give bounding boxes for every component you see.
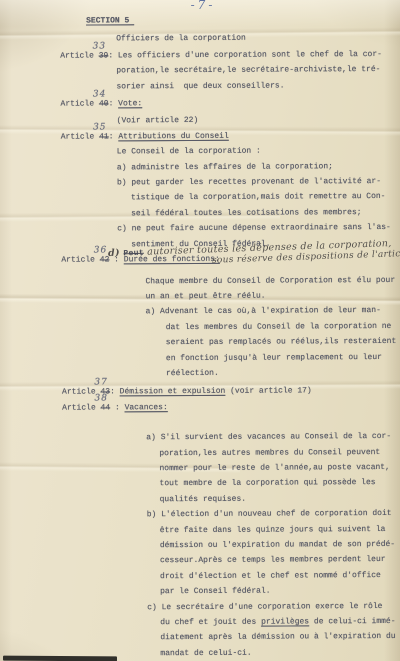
typed-text: a) administre les affaires de la corpora… [117, 162, 333, 172]
typed-text: seraient pas remplacés ou réélus,ils res… [166, 337, 396, 347]
typed-text: réélection. [166, 369, 219, 378]
typed-text: b) peut garder les recettes provenant de… [117, 177, 381, 187]
typed-text: nommer pour le reste de l'année,au poste… [159, 463, 389, 473]
typed-text: cesseur.Après ce temps les membres perde… [160, 555, 386, 565]
typed-line: seil fédéral toutes les cotisations des … [131, 205, 395, 222]
typed-text: tout membre de la corporation qui possèd… [160, 478, 376, 488]
handwritten-article-number: 38 [94, 393, 108, 403]
typed-text: sorier ainsi que deux conseillers. [116, 81, 284, 91]
typed-line: c) Le secrétaire d'une corporation exerc… [147, 599, 397, 616]
handwritten-article-number: 33 [93, 41, 107, 51]
typed-line: tout membre de la corporation qui possèd… [159, 475, 396, 492]
typed-line: droit d'élection et le chef est nommé d'… [160, 568, 397, 585]
typed-line: b) L'élection d'un nouveau chef de corpo… [147, 506, 397, 523]
typed-text: (voir article 17) [225, 387, 311, 396]
typed-line: (Voir article 22) [117, 112, 395, 129]
handwritten-struck-word: Peut [123, 249, 144, 259]
typed-text: b) L'élection d'un nouveau chef de corpo… [147, 509, 392, 519]
typed-line: a) S'il survient des vacances au Conseil… [146, 429, 396, 446]
typed-line: Article 4337: Démission et expulsion (vo… [62, 383, 396, 400]
typed-document-body: SECTION 5 Officiers de la corporationArt… [0, 0, 400, 661]
struck-article-number: 4135 [99, 132, 109, 141]
scanned-page: -7- SECTION 5 Officiers de la corporatio… [0, 0, 400, 661]
typed-text: Le Conseil de la corporation : [117, 147, 261, 157]
typed-text: poration,le secrétaire,le secrétaire-arc… [116, 65, 380, 75]
typed-text: Chaque membre du Conseil de Corporation … [145, 275, 395, 285]
typed-line: être faite dans les quinze jours qui sui… [160, 522, 397, 539]
typed-line: diatement après la démission ou à l'expi… [160, 629, 397, 646]
typed-line: par le Conseil fédéral. [160, 583, 397, 600]
struck-article-number: 4034 [99, 99, 109, 108]
handwritten-article-number: 36 [94, 246, 108, 256]
typed-text: par le Conseil fédéral. [160, 587, 270, 597]
typed-text: un an et peut être réélu. [146, 292, 266, 302]
typed-text: Article [61, 100, 99, 109]
typed-text: privilèges [261, 617, 309, 626]
typed-text: : [109, 99, 119, 108]
typed-line: seraient pas remplacés ou réélus,ils res… [166, 334, 396, 351]
typed-text: seil fédéral toutes les cotisations des … [131, 208, 361, 218]
typed-text: : Les officiers d'une corporation sont l… [108, 50, 382, 60]
typed-text: Article [62, 403, 100, 412]
struck-article-number: 3933 [99, 51, 109, 60]
typed-line: Officiers de la corporation [116, 30, 394, 47]
typed-line: du chef et jouit des privilèges de celui… [160, 614, 397, 631]
typed-text: en fonction jusqu'à leur remplacement ou… [166, 353, 382, 363]
typed-text: SECTION 5 [86, 16, 134, 25]
typed-text: : [110, 388, 120, 397]
typed-text: dat les membres du Conseil de la corpora… [166, 322, 392, 332]
handwritten-article-number: 34 [93, 89, 107, 99]
typed-line: c) ne peut faire aucune dépense extraord… [117, 220, 395, 237]
typed-line: SECTION 5 [86, 12, 394, 29]
typed-line: Chaque membre du Conseil de Corporation … [145, 272, 395, 289]
typed-line: Article 3933: Les officiers d'une corpor… [60, 47, 394, 64]
typed-text: (Voir article 22) [117, 116, 199, 125]
typed-line: un an et peut être réélu. [146, 288, 396, 305]
typed-line: b) peut garder les recettes provenant de… [117, 174, 395, 191]
typed-text: droit d'élection et le chef est nommé d'… [160, 571, 381, 581]
typed-line: mandat de celui-ci. [160, 645, 397, 661]
typed-text: diatement après la démission ou à l'expi… [160, 632, 395, 642]
typed-line: réélection. [166, 365, 396, 382]
typed-text: Vacances: [125, 403, 168, 412]
typed-line: poration,le secrétaire,le secrétaire-arc… [116, 62, 394, 79]
typed-text: Officiers de la corporation [116, 34, 246, 44]
typed-text: Article [61, 256, 99, 265]
handwritten-article-number: 35 [93, 122, 107, 132]
typed-text: Article [60, 51, 98, 60]
typed-text: Démission et expulsion [120, 387, 226, 397]
typed-line: en fonction jusqu'à leur remplacement ou… [166, 349, 396, 366]
typed-text: mandat de celui-ci. [160, 649, 251, 658]
typed-text: c) Le secrétaire d'une corporation exerc… [147, 602, 382, 612]
struck-article-number: 4438 [101, 403, 111, 412]
typed-line: cesseur.Après ce temps les membres perde… [160, 552, 397, 569]
typed-text: : [110, 403, 124, 412]
typed-line: Article 4135: Attributions du Conseil [61, 128, 395, 145]
typed-text: : [109, 132, 119, 141]
typed-text: poration,les autres membres du Conseil p… [159, 448, 380, 458]
typed-line: Article 4438 : Vacances: [62, 399, 396, 416]
typed-line: a) Advenant le cas où,à l'expiration de … [146, 303, 396, 320]
handwritten-clause-label: d) [108, 247, 124, 259]
typed-text: tistique de la corporation,mais doit rem… [131, 192, 385, 202]
typed-text: du chef et jouit des [160, 618, 261, 628]
typed-text: Attributions du Conseil [118, 132, 228, 142]
typed-text: Article [61, 132, 99, 141]
typed-text: a) Advenant le cas où,à l'expiration de … [146, 306, 381, 316]
typed-line: Article 4034: Vote: [61, 95, 395, 112]
typed-line: tistique de la corporation,mais doit rem… [131, 189, 395, 206]
typed-line: Le Conseil de la corporation : [117, 143, 395, 160]
typed-text: Vote: [118, 99, 142, 108]
typed-text: démission ou l'expiration du mandat de s… [160, 540, 395, 550]
typed-line: qualités requises. [160, 491, 397, 508]
typed-line: démission ou l'expiration du mandat de s… [160, 537, 397, 554]
scan-edge-artifact [3, 656, 117, 661]
typed-text: de celui-ci immé- [309, 617, 395, 626]
typed-text: a) S'il survient des vacances au Conseil… [146, 432, 391, 442]
typed-text: c) ne peut faire aucune dépense extraord… [117, 223, 391, 233]
typed-line: a) administre les affaires de la corpora… [117, 159, 395, 176]
typed-text: être faite dans les quinze jours qui sui… [160, 525, 386, 535]
typed-line: sorier ainsi que deux conseillers. [116, 78, 394, 95]
typed-line: nommer pour le reste de l'année,au poste… [159, 460, 396, 477]
typed-line: poration,les autres membres du Conseil p… [159, 444, 396, 461]
typed-text: qualités requises. [160, 494, 246, 503]
handwritten-article-number: 37 [94, 378, 108, 388]
typed-line: dat les membres du Conseil de la corpora… [166, 319, 396, 336]
